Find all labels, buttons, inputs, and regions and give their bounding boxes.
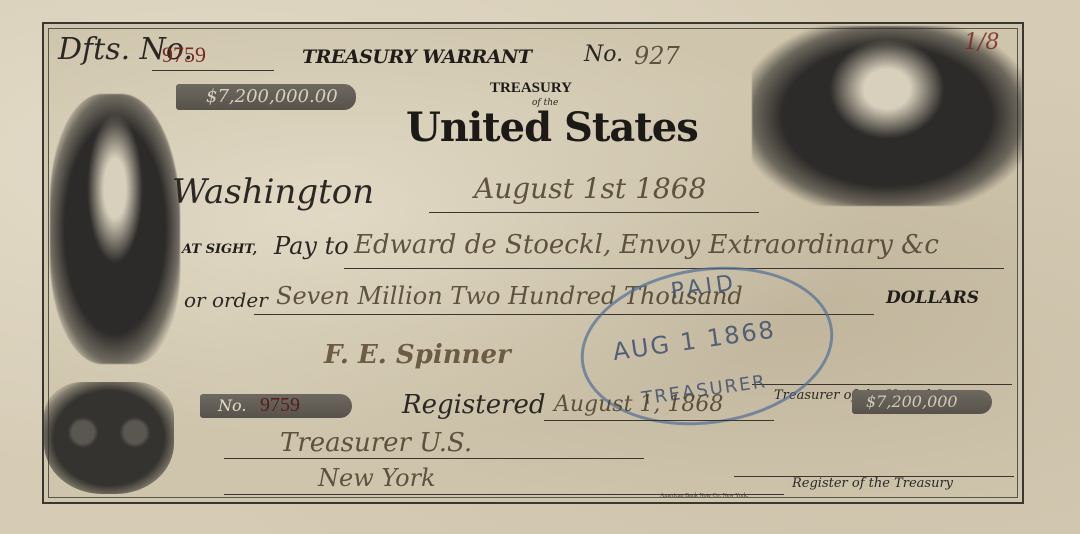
- warrant-no: 927: [634, 42, 680, 70]
- dollars-label: DOLLARS: [886, 288, 979, 308]
- or-order-label: or order: [184, 288, 268, 312]
- amount-plate: $7,200,000.00: [176, 84, 356, 110]
- dfts-number: 9759: [162, 42, 206, 68]
- payable-at-line2: New York: [318, 464, 436, 492]
- payable-at-line1: Treasurer U.S.: [280, 428, 472, 458]
- imprint: American Bank Note Co. New York.: [660, 493, 748, 499]
- corner-mark: 1/8: [964, 30, 999, 55]
- registration-amount-plate: $7,200,000: [852, 390, 992, 414]
- shield-ornament-icon: [44, 382, 174, 494]
- org-line3: United States: [406, 104, 698, 151]
- registered-label: Registered: [402, 390, 546, 420]
- treasurer-signature: F. E. Spinner: [324, 340, 511, 370]
- place: Washington: [172, 172, 374, 212]
- warrant-no-label: No.: [584, 42, 623, 67]
- warrant-title: TREASURY WARRANT: [302, 46, 532, 68]
- payee: Edward de Stoeckl, Envoy Extraordinary &…: [354, 230, 939, 260]
- date: August 1st 1868: [474, 172, 706, 205]
- org-line1: TREASURY: [490, 80, 572, 97]
- at-sight-label: AT SIGHT,: [182, 242, 257, 257]
- registration-no-plate: No. 9759: [200, 394, 352, 418]
- minerva-figure-icon: [50, 94, 180, 364]
- pay-to-label: Pay to: [274, 232, 349, 260]
- register-title: Register of the Treasury: [792, 476, 953, 491]
- registered-date: August 1, 1868: [554, 392, 723, 417]
- treasury-warrant: Dfts. No. 9759 TREASURY WARRANT No. 927 …: [42, 22, 1024, 504]
